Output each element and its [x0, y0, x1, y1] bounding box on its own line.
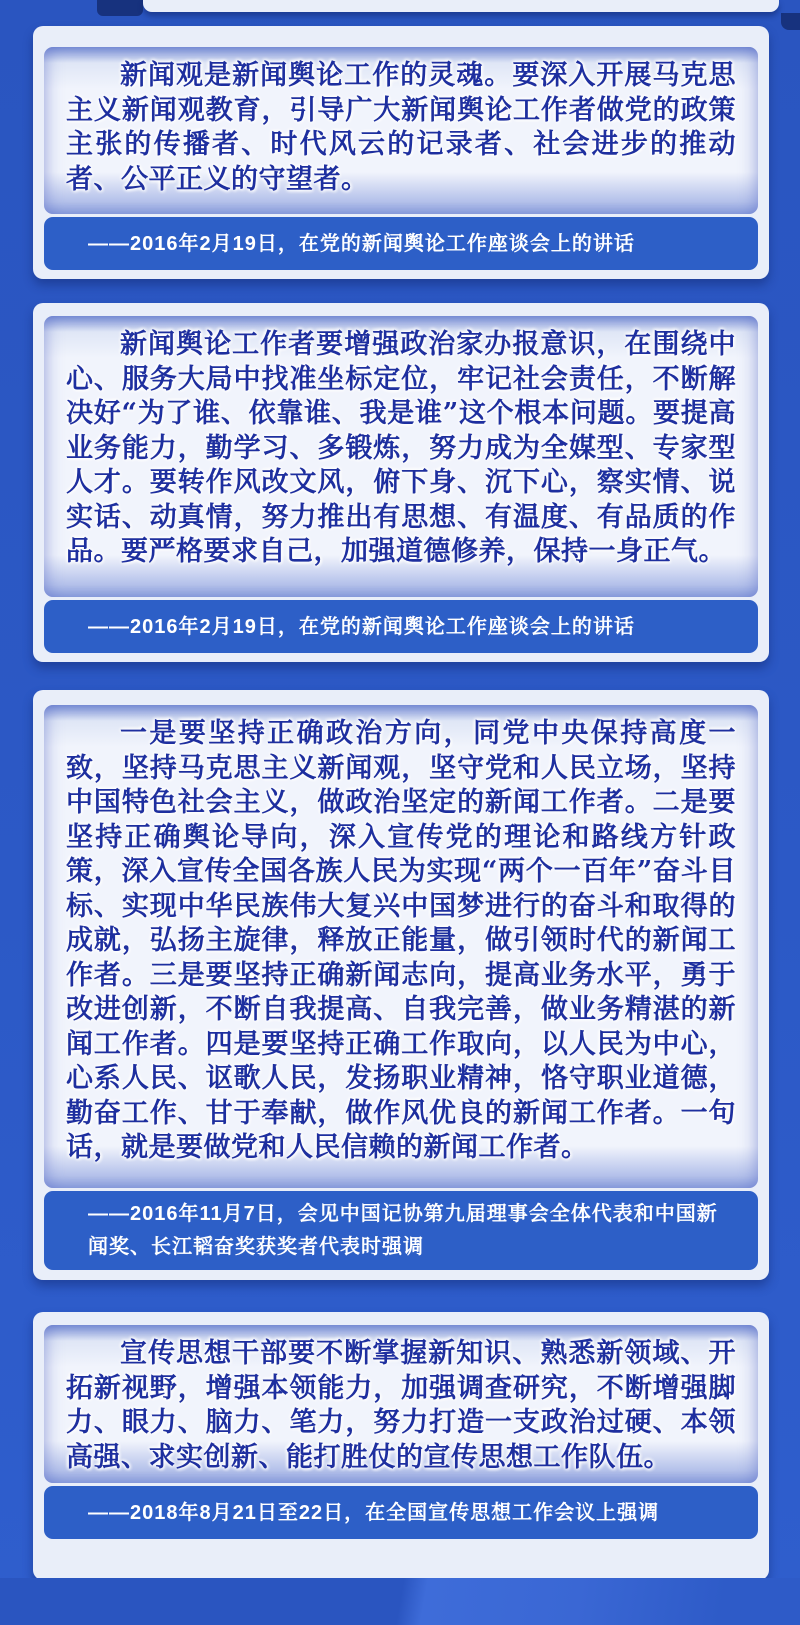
top-dark-tab-left [97, 0, 143, 16]
poster-page: { "theme": { "page_background": "#2b58c4… [0, 0, 800, 1625]
top-dark-tab-right [781, 13, 800, 30]
previous-card-tail [143, 0, 779, 12]
quote-source-bar: ——2016年11月7日，会见中国记协第九届理事会全体代表和中国新闻奖、长江韬奋… [44, 1191, 758, 1270]
quote-body-box: 一是要坚持正确政治方向，同党中央保持高度一致，坚持马克思主义新闻观，坚守党和人民… [44, 705, 758, 1188]
quote-source-text: ——2016年11月7日，会见中国记协第九届理事会全体代表和中国新闻奖、长江韬奋… [88, 1198, 732, 1264]
quote-text: 新闻观是新闻舆论工作的灵魂。要深入开展马克思主义新闻观教育，引导广大新闻舆论工作… [66, 59, 736, 197]
quote-card: 新闻观是新闻舆论工作的灵魂。要深入开展马克思主义新闻观教育，引导广大新闻舆论工作… [33, 26, 769, 279]
quote-body-box: 新闻观是新闻舆论工作的灵魂。要深入开展马克思主义新闻观教育，引导广大新闻舆论工作… [44, 47, 758, 214]
quote-source-bar: ——2018年8月21日至22日，在全国宣传思想工作会议上强调 [44, 1486, 758, 1539]
quote-card: 新闻舆论工作者要增强政治家办报意识，在围绕中心、服务大局中找准坐标定位，牢记社会… [33, 303, 769, 662]
quote-body-box: 新闻舆论工作者要增强政治家办报意识，在围绕中心、服务大局中找准坐标定位，牢记社会… [44, 316, 758, 597]
quote-text: 新闻舆论工作者要增强政治家办报意识，在围绕中心、服务大局中找准坐标定位，牢记社会… [66, 328, 736, 570]
quote-text: 一是要坚持正确政治方向，同党中央保持高度一致，坚持马克思主义新闻观，坚守党和人民… [66, 717, 736, 1166]
quote-text: 宣传思想干部要不断掌握新知识、熟悉新领域、开拓新视野，增强本领能力，加强调查研究… [66, 1337, 736, 1475]
quote-body-box: 宣传思想干部要不断掌握新知识、熟悉新领域、开拓新视野，增强本领能力，加强调查研究… [44, 1325, 758, 1483]
bottom-background-highlight [0, 1578, 800, 1625]
quote-source-bar: ——2016年2月19日，在党的新闻舆论工作座谈会上的讲话 [44, 600, 758, 653]
quote-source-text: ——2018年8月21日至22日，在全国宣传思想工作会议上强调 [88, 1500, 659, 1526]
quote-source-text: ——2016年2月19日，在党的新闻舆论工作座谈会上的讲话 [88, 231, 635, 257]
quote-source-bar: ——2016年2月19日，在党的新闻舆论工作座谈会上的讲话 [44, 217, 758, 270]
quote-source-text: ——2016年2月19日，在党的新闻舆论工作座谈会上的讲话 [88, 614, 635, 640]
quote-card: 一是要坚持正确政治方向，同党中央保持高度一致，坚持马克思主义新闻观，坚守党和人民… [33, 690, 769, 1280]
quote-card: 宣传思想干部要不断掌握新知识、熟悉新领域、开拓新视野，增强本领能力，加强调查研究… [33, 1312, 769, 1580]
